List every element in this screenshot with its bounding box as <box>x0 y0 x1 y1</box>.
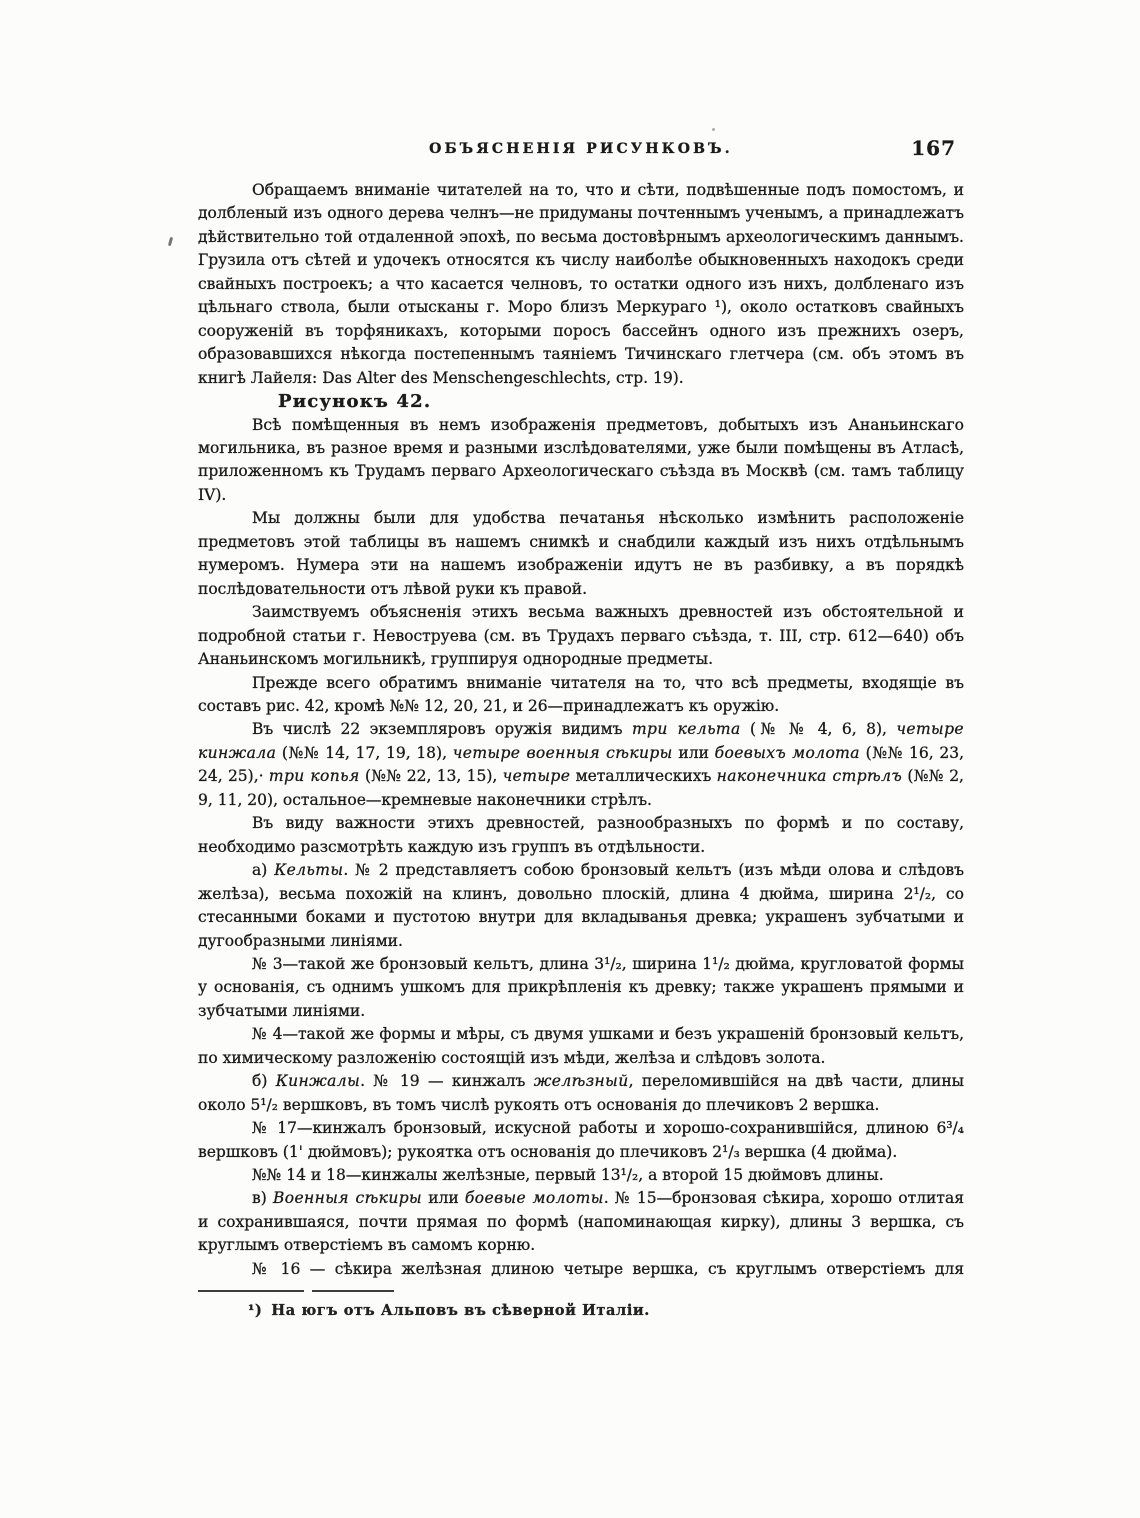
italic-text-run: четыре <box>503 767 571 785</box>
paragraph: №№ 14 и 18—кинжалы желѣзные, первый 13¹/… <box>198 1164 964 1187</box>
text-run: или <box>422 1189 465 1207</box>
text-run: . № 19 — кинжалъ <box>360 1072 534 1090</box>
text-run: Въ числѣ 22 экземпляровъ оружія видимъ <box>252 720 632 738</box>
italic-text-run: Кельты <box>274 861 343 879</box>
paragraph: № 3—такой же бронзовый кельтъ, длина 3¹/… <box>198 953 964 1023</box>
text-run: в) <box>252 1189 273 1207</box>
footnote-separator <box>198 1290 394 1292</box>
italic-text-run: Военныя сѣкиры <box>273 1189 422 1207</box>
italic-text-run: три кельта <box>632 720 741 738</box>
paragraph: Обращаемъ вниманіе читателей на то, что … <box>198 179 964 390</box>
italic-text-run: желѣзный <box>534 1072 629 1090</box>
section-heading: Рисунокъ 42. <box>278 390 964 413</box>
italic-text-run: три копья <box>269 767 360 785</box>
text-run: Мы должны были для удобства печатанья нѣ… <box>198 509 964 597</box>
paragraph: в) Военныя сѣкиры или боевые молоты. № 1… <box>198 1187 964 1257</box>
running-title: ОБЪЯСНЕНІЯ РИСУНКОВЪ. <box>198 141 964 157</box>
scan-artifact-dot <box>712 128 715 131</box>
text-run: металлическихъ <box>570 767 716 785</box>
text-run: Прежде всего обратимъ вниманіе читателя … <box>198 674 964 715</box>
scanned-page: ОБЪЯСНЕНІЯ РИСУНКОВЪ. 167 Обращаемъ вним… <box>0 0 1140 1518</box>
paragraph: Всѣ помѣщенныя въ немъ изображенія предм… <box>198 414 964 508</box>
text-run: № 3—такой же бронзовый кельтъ, длина 3¹/… <box>198 955 964 1020</box>
body-text: Обращаемъ вниманіе читателей на то, что … <box>198 179 964 1281</box>
text-run: б) <box>252 1072 276 1090</box>
paragraph: Въ числѣ 22 экземпляровъ оружія видимъ т… <box>198 718 964 812</box>
footnote: ¹)На югъ отъ Альповъ въ сѣверной Италіи. <box>198 1290 964 1319</box>
paragraph: № 17—кинжалъ бронзовый, искусной работы … <box>198 1117 964 1164</box>
text-run: № 4—такой же формы и мѣры, съ двумя ушка… <box>198 1025 964 1066</box>
text-run: (№№ 14, 17, 19, 18), <box>276 744 453 762</box>
paragraph: Заимствуемъ объясненія этихъ весьма важн… <box>198 601 964 671</box>
text-run: (№№ 22, 13, 15), <box>360 767 503 785</box>
italic-text-run: Кинжалы <box>276 1072 360 1090</box>
text-run: (№ № 4, 6, 8), <box>741 720 897 738</box>
text-run: Въ виду важности этихъ древностей, разно… <box>198 814 964 855</box>
italic-text-run: боевые молоты <box>465 1189 604 1207</box>
text-run: № 16 — сѣкира желѣзная длиною четыре вер… <box>198 1260 964 1281</box>
italic-text-run: наконечника стрѣлъ <box>717 767 902 785</box>
footnote-text: На югъ отъ Альповъ въ сѣверной Италіи. <box>271 1302 650 1319</box>
paragraph: Прежде всего обратимъ вниманіе читателя … <box>198 672 964 719</box>
text-run: а) <box>252 861 274 879</box>
paragraph: а) Кельты. № 2 представляетъ собою бронз… <box>198 859 964 953</box>
text-run: Всѣ помѣщенныя въ немъ изображенія предм… <box>198 416 964 504</box>
footnote-line: ¹)На югъ отъ Альповъ въ сѣверной Италіи. <box>248 1302 964 1319</box>
paragraph: № 16 — сѣкира желѣзная длиною четыре вер… <box>198 1258 964 1281</box>
text-run: № 17—кинжалъ бронзовый, искусной работы … <box>198 1119 964 1160</box>
page-number: 167 <box>911 136 956 160</box>
paragraph: № 4—такой же формы и мѣры, съ двумя ушка… <box>198 1023 964 1070</box>
text-run: Заимствуемъ объясненія этихъ весьма важн… <box>198 603 964 668</box>
text-run: или <box>673 744 715 762</box>
paragraph: б) Кинжалы. № 19 — кинжалъ желѣзный, пер… <box>198 1070 964 1117</box>
text-run: Обращаемъ вниманіе читателей на то, что … <box>198 181 964 387</box>
italic-text-run: боевыхъ молота <box>715 744 860 762</box>
paragraph: Мы должны были для удобства печатанья нѣ… <box>198 507 964 601</box>
italic-text-run: четыре военныя сѣкиры <box>453 744 673 762</box>
text-run: №№ 14 и 18—кинжалы желѣзные, первый 13¹/… <box>252 1166 884 1184</box>
page-header: ОБЪЯСНЕНІЯ РИСУНКОВЪ. 167 <box>198 139 964 165</box>
scan-artifact-margin-mark <box>168 237 173 246</box>
paragraph: Въ виду важности этихъ древностей, разно… <box>198 812 964 859</box>
footnote-marker: ¹) <box>248 1302 262 1319</box>
